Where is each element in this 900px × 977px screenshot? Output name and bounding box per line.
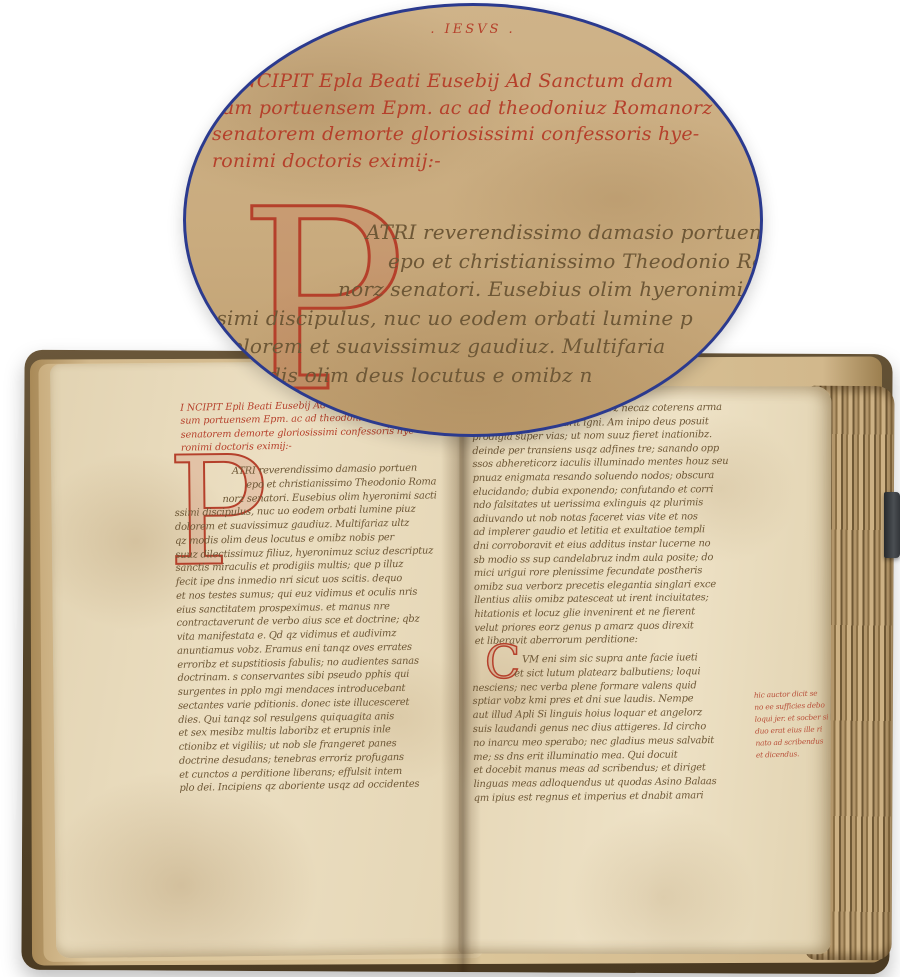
left-page: I NCIPIT Epli Beati Eusebij Ad Ssum port… [50,360,476,958]
page-gutter-shadow [441,374,481,972]
magnifier-oval: . IESVS . I NCIPIT Epla Beati Eusebij Ad… [183,3,763,437]
manuscript-text-line: I NCIPIT Epla Beati Eusebij Ad Sanctum d… [212,68,760,95]
manuscript-text-line: norz senatori. Eusebius olim hyeronimi s… [206,275,760,304]
manuscript-text-line: et dicendus. [756,747,832,762]
manuscript-text-line: senatorem demorte gloriosissimi confesso… [212,121,760,148]
manuscript-text-line: et liberavit aberrorum perditione: [475,631,809,649]
right-page-body-text: corz necaz coterens armaicula sua q buri… [472,400,809,649]
manuscript-text-line: qm ipius est regnus et imperius et dnabi… [474,788,808,806]
manuscript-text-line: dis olim deus locutus e omibz n [206,361,760,390]
manuscript-text-line: ATRI reverendissimo damasio portuen [206,218,760,247]
manuscript-text-line: epo et christianissimo Theodonio Roma [206,247,760,276]
manuscript-text-line: ssimi discipulus, nuc uo eodem orbati lu… [206,304,760,333]
manuscript-photo: I NCIPIT Epli Beati Eusebij Ad Ssum port… [0,0,900,977]
running-title-iesus: . IESVS . [186,22,760,37]
manuscript-text-line: sum portuensem Epm. ac ad theodoniuz Rom… [212,95,760,122]
left-page-body-text: ATRI reverendissimo damasio portuenepo e… [174,461,472,796]
right-page: corz necaz coterens armaicula sua q buri… [459,386,832,955]
margin-note-rubric: hic auctor dicit seno ee sufficies debol… [754,687,832,762]
book-clasp [884,492,900,558]
magnifier-body-text: ATRI reverendissimo damasio portuenepo e… [206,218,760,389]
manuscript-text-line: dolorem et suavissimuz gaudiuz. Multifar… [206,332,760,361]
